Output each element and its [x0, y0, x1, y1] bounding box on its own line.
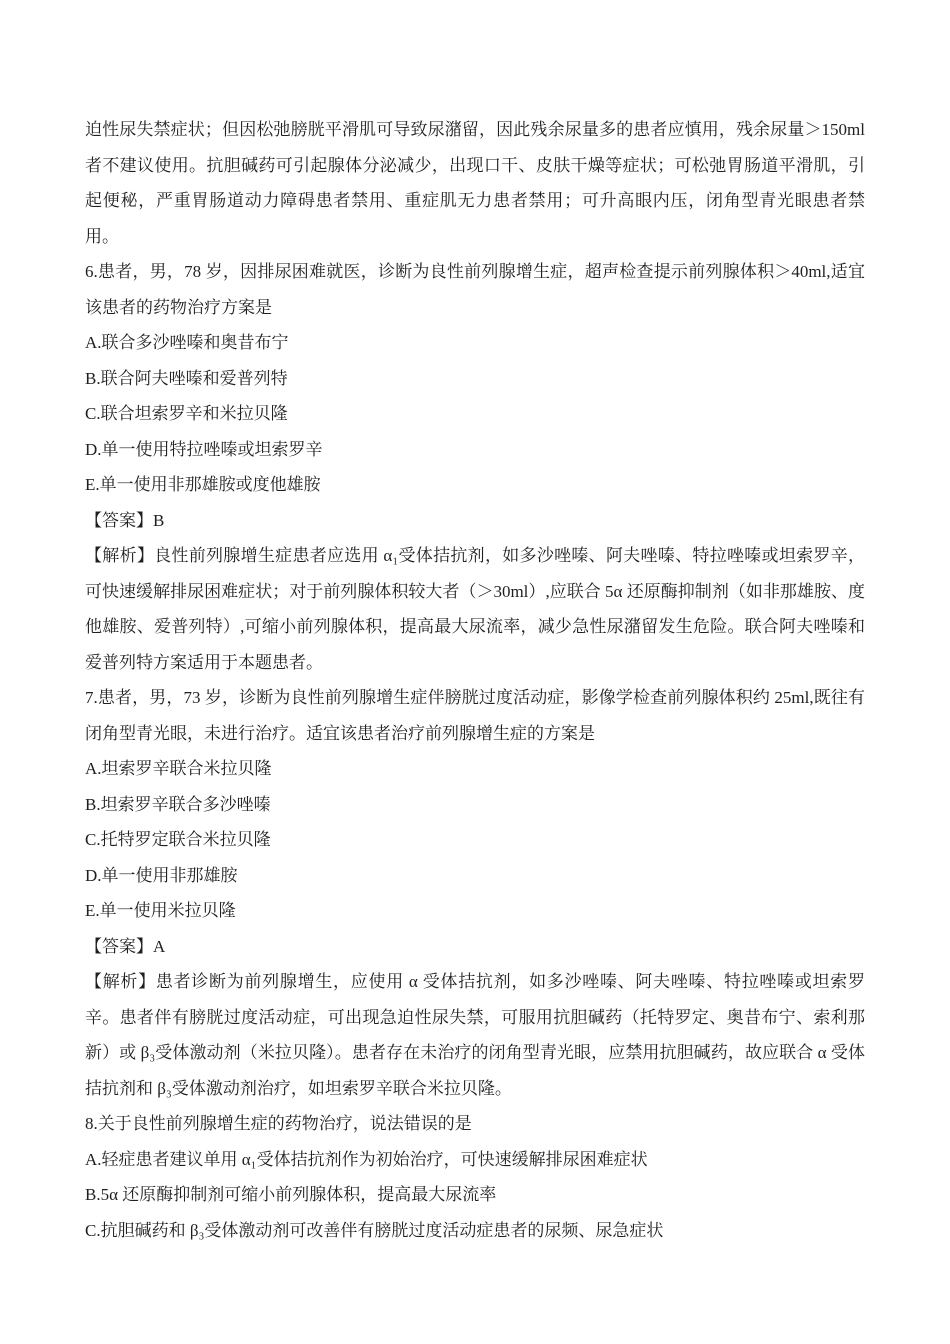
question-6-option-c: C.联合坦索罗辛和米拉贝隆: [85, 396, 865, 432]
document-page: 迫性尿失禁症状；但因松弛膀胱平滑肌可导致尿潴留，因此残余尿量多的患者应慎用，残余…: [0, 0, 950, 1344]
question-7-answer: 【答案】A: [85, 929, 865, 965]
question-8-stem: 8.关于良性前列腺增生症的药物治疗，说法错误的是: [85, 1106, 865, 1142]
question-8-option-a: A.轻症患者建议单用 α₁受体拮抗剂作为初始治疗，可快速缓解排尿困难症状: [85, 1142, 865, 1178]
question-6-option-b: B.联合阿夫唑嗪和爱普列特: [85, 361, 865, 397]
question-7-option-a: A.坦索罗辛联合米拉贝隆: [85, 751, 865, 787]
question-7-analysis: 【解析】患者诊断为前列腺增生，应使用 α 受体拮抗剂，如多沙唑嗪、阿夫唑嗪、特拉…: [85, 964, 865, 1106]
paragraph-antimuscarinic-warning-continuation: 迫性尿失禁症状；但因松弛膀胱平滑肌可导致尿潴留，因此残余尿量多的患者应慎用，残余…: [85, 112, 865, 254]
question-6-answer: 【答案】B: [85, 503, 865, 539]
question-7-option-e: E.单一使用米拉贝隆: [85, 893, 865, 929]
question-7-option-c: C.托特罗定联合米拉贝隆: [85, 822, 865, 858]
question-7-option-b: B.坦索罗辛联合多沙唑嗪: [85, 787, 865, 823]
question-6-stem: 6.患者，男，78 岁，因排尿困难就医，诊断为良性前列腺增生症，超声检查提示前列…: [85, 254, 865, 325]
question-7-stem: 7.患者，男，73 岁，诊断为良性前列腺增生症伴膀胱过度活动症，影像学检查前列腺…: [85, 680, 865, 751]
question-6-option-e: E.单一使用非那雄胺或度他雄胺: [85, 467, 865, 503]
question-8-option-b: B.5α 还原酶抑制剂可缩小前列腺体积，提高最大尿流率: [85, 1177, 865, 1213]
question-8-option-c: C.抗胆碱药和 β₃受体激动剂可改善伴有膀胱过度活动症患者的尿频、尿急症状: [85, 1213, 865, 1249]
question-6-option-d: D.单一使用特拉唑嗪或坦索罗辛: [85, 432, 865, 468]
question-6-analysis: 【解析】良性前列腺增生症患者应选用 α₁受体拮抗剂，如多沙唑嗪、阿夫唑嗪、特拉唑…: [85, 538, 865, 680]
document-content: 迫性尿失禁症状；但因松弛膀胱平滑肌可导致尿潴留，因此残余尿量多的患者应慎用，残余…: [85, 112, 865, 1248]
question-7-option-d: D.单一使用非那雄胺: [85, 858, 865, 894]
question-6-option-a: A.联合多沙唑嗪和奥昔布宁: [85, 325, 865, 361]
